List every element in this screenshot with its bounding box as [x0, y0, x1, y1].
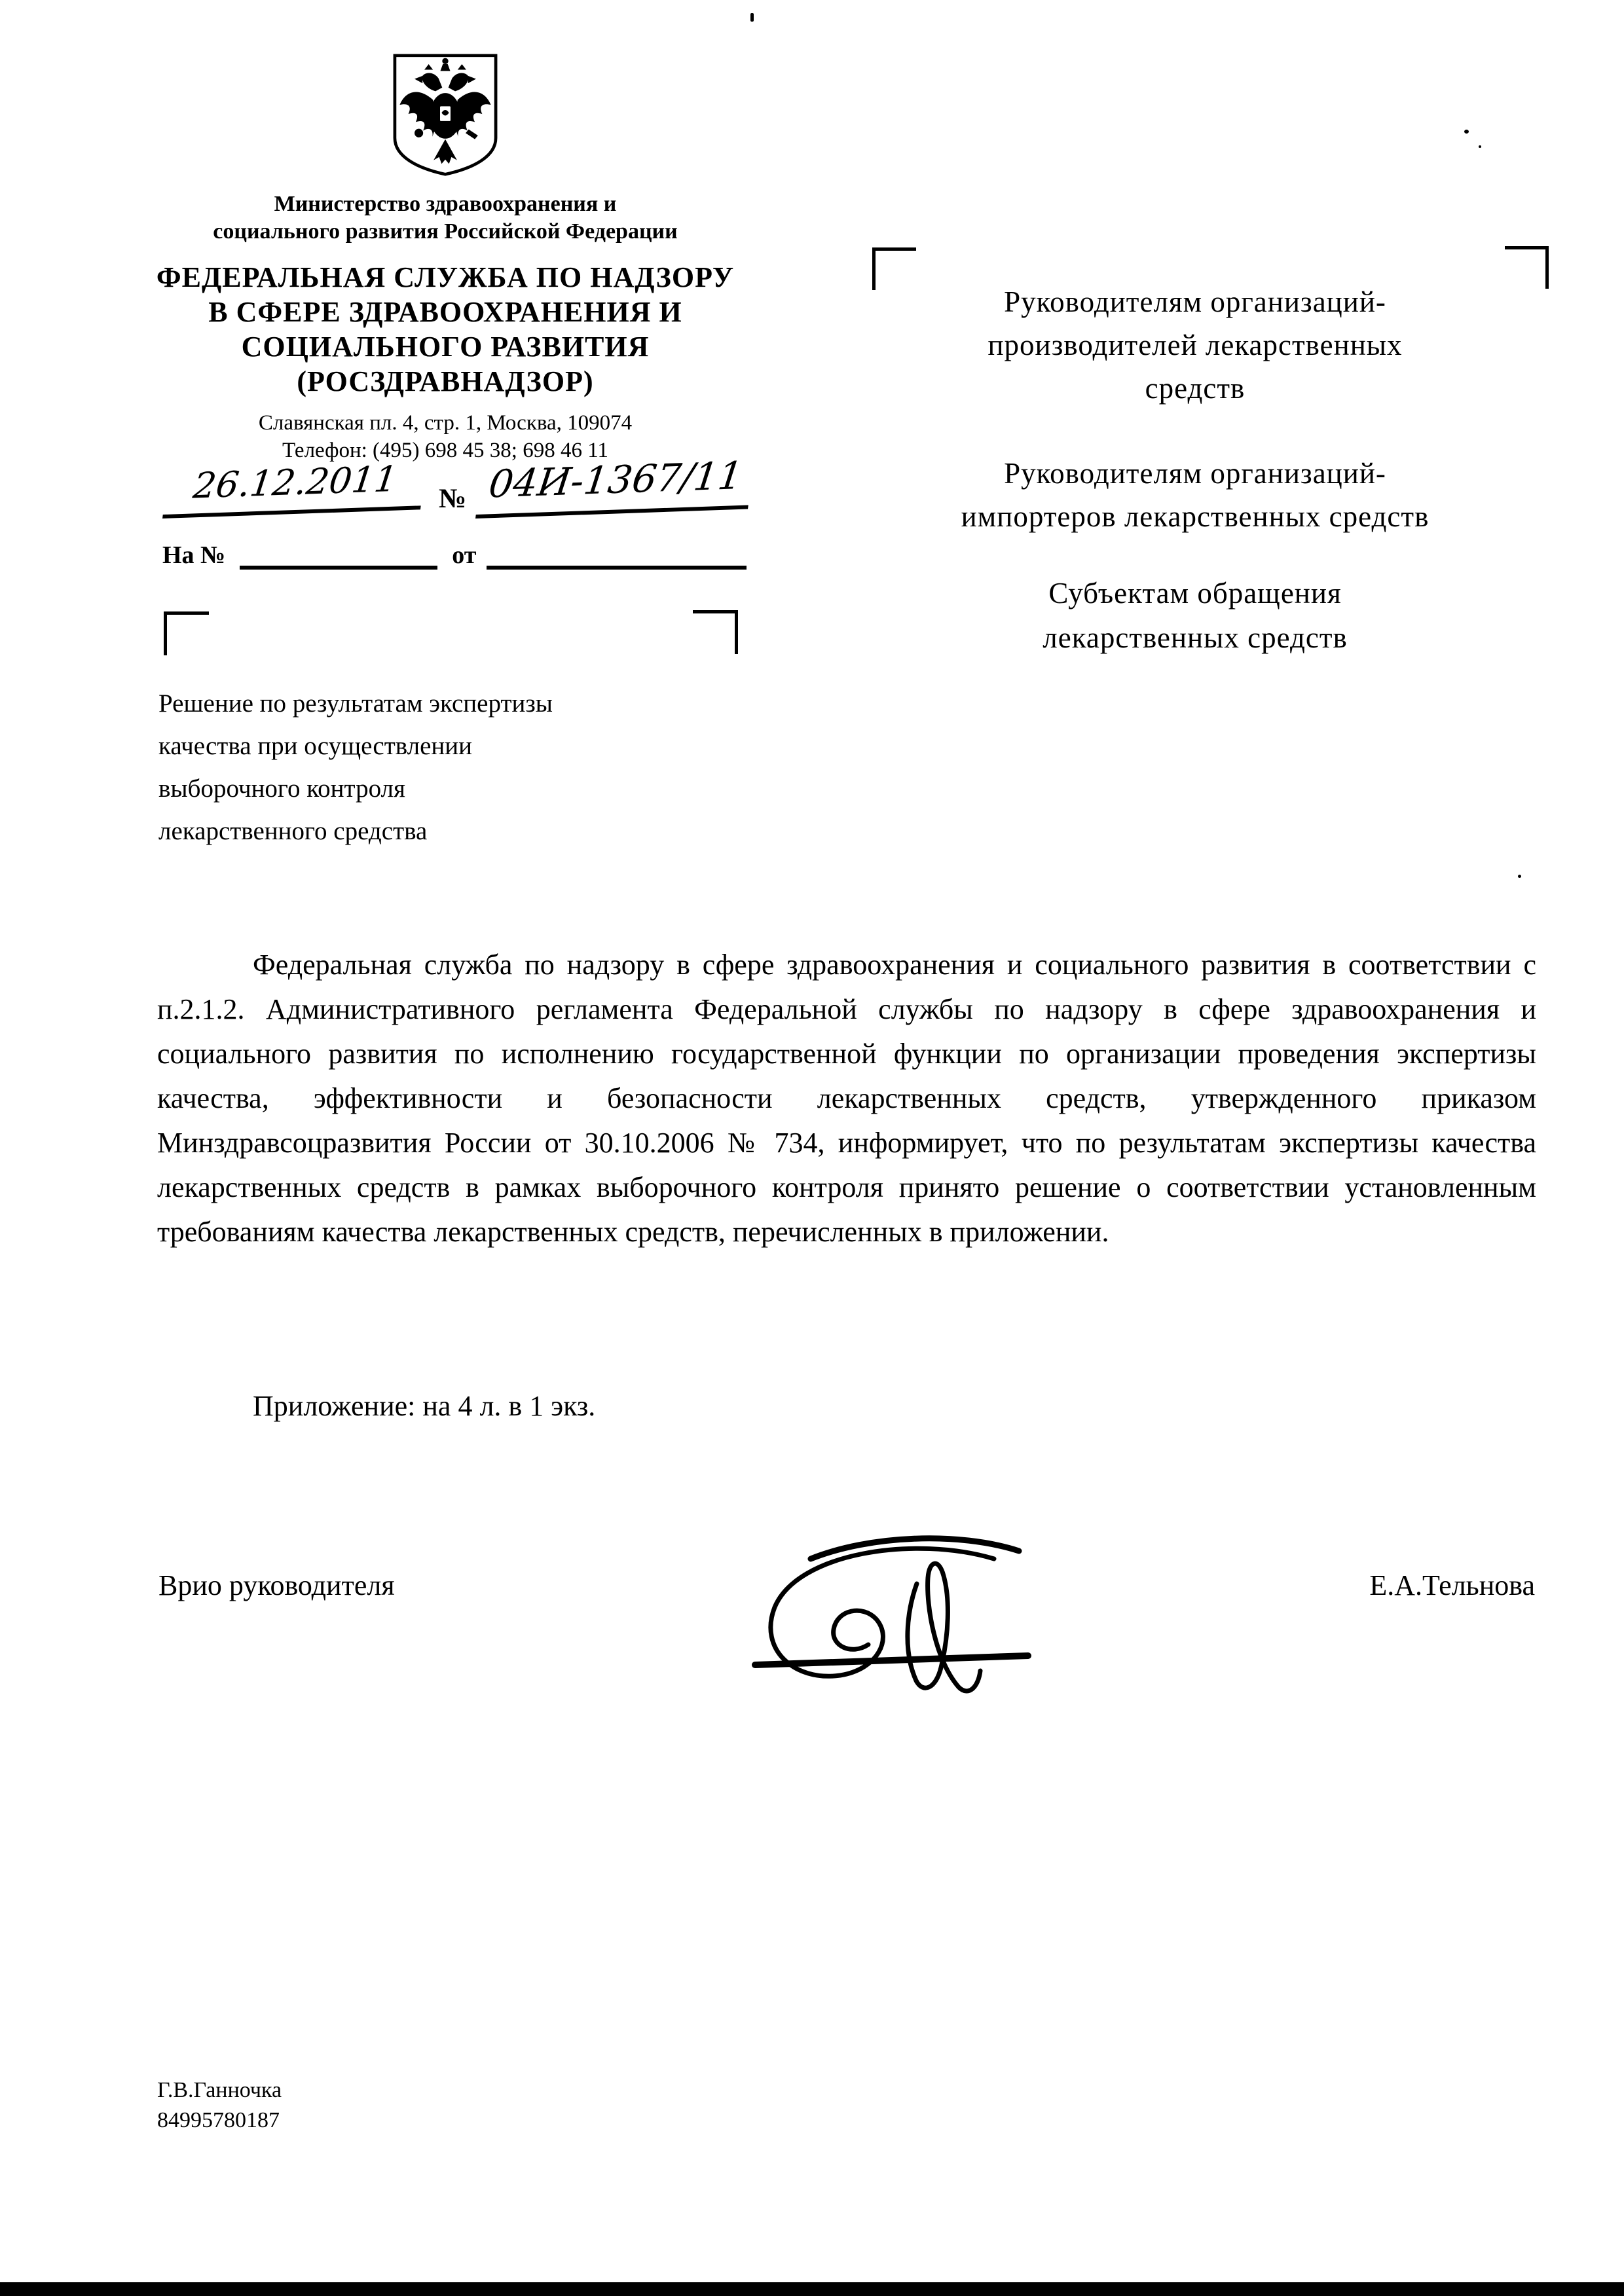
- service-line: ФЕДЕРАЛЬНАЯ СЛУЖБА ПО НАДЗОРУ: [154, 260, 737, 295]
- reply-date-blank: [487, 532, 747, 570]
- signer-position-title: Врио руководителя: [158, 1569, 395, 1602]
- scan-edge-bar: [0, 2282, 1624, 2296]
- subject-zone-bracket-left: [164, 611, 209, 655]
- addressee-importers: Руководителям организаций- импортеров ле…: [858, 452, 1532, 538]
- executor-phone: 84995780187: [157, 2105, 282, 2136]
- letterhead-address: Славянская пл. 4, стр. 1, Москва, 109074: [154, 409, 737, 437]
- ministry-line: Министерство здравоохранения и: [154, 191, 737, 218]
- addressee-line: средств: [858, 367, 1532, 410]
- date-number-row: 26.12.2011 № 04И-1367/11: [162, 454, 747, 519]
- addressee-line: лекарственных средств: [858, 615, 1532, 660]
- addressee-line: Руководителям организаций-: [858, 280, 1532, 323]
- subject-zone-bracket-right: [693, 610, 738, 654]
- addressee-line: производителей лекарственных: [858, 323, 1532, 367]
- subject-line: Решение по результатам экспертизы: [158, 682, 761, 725]
- handwritten-number: 04И-1367/11: [475, 445, 756, 519]
- letterhead: Министерство здравоохранения и социально…: [154, 50, 737, 464]
- scan-speck: [1518, 875, 1521, 878]
- subject-line: качества при осуществлении: [158, 725, 761, 767]
- reply-no-label: На №: [162, 541, 225, 570]
- addressee-manufacturers: Руководителям организаций- производителе…: [858, 280, 1532, 410]
- addressee-line: Субъектам обращения: [858, 571, 1532, 615]
- signer-name: Е.А.Тельнова: [1369, 1569, 1535, 1602]
- executor-name: Г.В.Ганночка: [157, 2075, 282, 2105]
- scanned-letter-page: Министерство здравоохранения и социально…: [0, 0, 1624, 2296]
- ministry-name: Министерство здравоохранения и социально…: [154, 191, 737, 246]
- service-line: (РОСЗДРАВНАДЗОР): [154, 364, 737, 399]
- letter-body-paragraph: Федеральная служба по надзору в сфере зд…: [157, 943, 1536, 1254]
- addressee-list: Руководителям организаций- производителе…: [858, 280, 1532, 660]
- reply-reference-row: На № от: [162, 532, 747, 570]
- scan-speck: [1464, 130, 1469, 134]
- addressee-circulation-subjects: Субъектам обращения лекарственных средст…: [858, 571, 1532, 660]
- addressee-line: импортеров лекарственных средств: [858, 495, 1532, 538]
- executor-info: Г.В.Ганночка 84995780187: [157, 2075, 282, 2136]
- ministry-line: социального развития Российской Федераци…: [154, 218, 737, 246]
- attachment-note: Приложение: на 4 л. в 1 экз.: [253, 1389, 595, 1423]
- reply-number-blank: [240, 532, 437, 570]
- handwritten-date: 26.12.2011: [162, 450, 428, 519]
- subject-line: лекарственного средства: [158, 810, 761, 852]
- service-line: В СФЕРЕ ЗДРАВООХРАНЕНИЯ И: [154, 295, 737, 329]
- subject-line: выборочного контроля: [158, 767, 761, 810]
- scan-speck: [1479, 145, 1481, 148]
- service-name: ФЕДЕРАЛЬНАЯ СЛУЖБА ПО НАДЗОРУ В СФЕРЕ ЗД…: [154, 260, 737, 399]
- reply-from-label: от: [437, 541, 487, 570]
- scan-speck: [750, 13, 754, 22]
- handwritten-signature-icon: [719, 1518, 1060, 1701]
- number-sign: №: [419, 483, 475, 519]
- addressee-line: Руководителям организаций-: [858, 452, 1532, 495]
- letter-subject: Решение по результатам экспертизы качест…: [158, 682, 761, 852]
- service-line: СОЦИАЛЬНОГО РАЗВИТИЯ: [154, 329, 737, 364]
- russia-coat-of-arms-icon: [384, 50, 507, 181]
